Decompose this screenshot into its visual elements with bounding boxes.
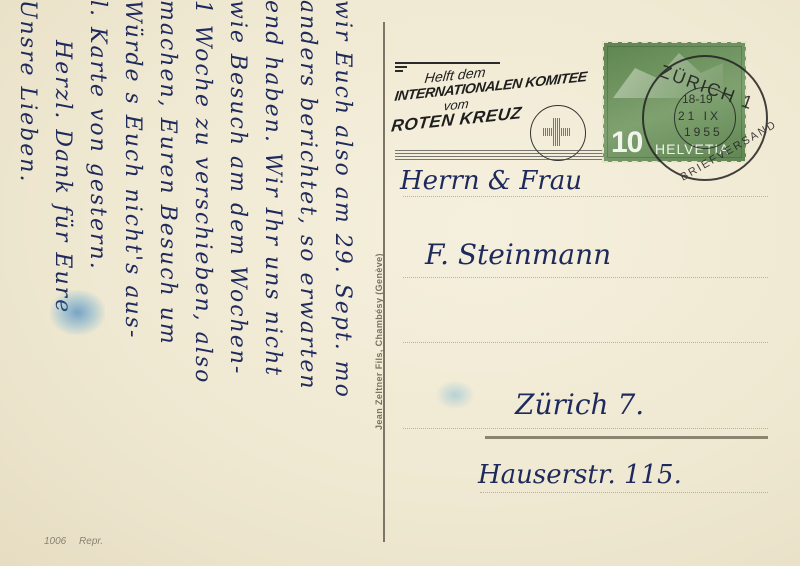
stamp-value: 10 — [611, 126, 642, 160]
address-city: Zürich 7. — [515, 388, 644, 421]
message-line: Würde s Euch nicht's aus- — [120, 0, 145, 339]
postcard: Unsre Lieben. Herzl. Dank für Eure l. Ka… — [0, 0, 800, 566]
postmark-time: 18-19 — [682, 92, 713, 106]
address-dotted-line — [403, 342, 768, 343]
postmark: ZÜRICH 1 18-19 21 IX 1955 BRIEFVERSAND — [642, 55, 768, 181]
ink-smudge — [50, 290, 105, 335]
postmark-date: 21 IX — [678, 109, 721, 123]
message-line: l. Karte von gestern. — [85, 0, 110, 271]
catalog-info: 1006 Repr. — [44, 536, 113, 547]
publisher-imprint: Jean Zeltner Fils, Chambésy (Genève) — [374, 253, 384, 430]
address-dotted-line — [403, 277, 768, 278]
message-line: wir Euch also am 29. Sept. mo — [330, 0, 355, 399]
cancel-lines — [395, 150, 605, 162]
catalog-label: Repr. — [79, 536, 103, 547]
address-dotted-line — [403, 196, 768, 197]
address-name: F. Steinmann — [425, 238, 611, 271]
message-line: end haben. Wir Ihr uns nicht — [260, 0, 285, 377]
message-line: anders berichtet, so erwarten — [295, 0, 320, 391]
address-street: Hauserstr. 115. — [478, 460, 682, 490]
red-cross-icon — [545, 118, 569, 146]
message-line: Herzl. Dank für Eure — [50, 40, 75, 314]
message-line: machen, Euren Besuch um — [155, 0, 180, 346]
message-line: Unsre Lieben. — [15, 0, 40, 183]
message-line: 1 Woche zu verschieben, also — [190, 0, 215, 384]
ink-smudge — [435, 380, 475, 410]
postmark-year: 1955 — [684, 125, 723, 139]
handwritten-message: Unsre Lieben. Herzl. Dank für Eure l. Ka… — [5, 0, 380, 560]
message-line: wie Besuch am dem Wochen- — [225, 0, 250, 375]
address-salutation: Herrn & Frau — [400, 166, 582, 196]
address-rule — [485, 436, 768, 439]
address-dotted-line — [403, 428, 768, 429]
catalog-number: 1006 — [44, 536, 66, 547]
address-dotted-line — [480, 492, 768, 493]
